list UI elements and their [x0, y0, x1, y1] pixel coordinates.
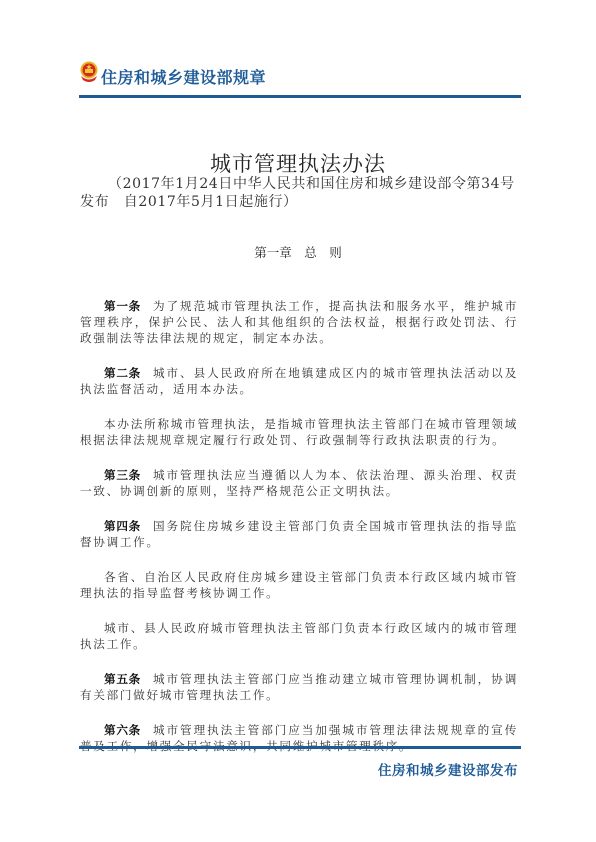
- article-label: 第六条: [104, 723, 141, 737]
- article-text: 城市管理执法主管部门应当推动建立城市管理协调机制，协调有关部门做好城市管理执法工…: [80, 672, 518, 702]
- article-paragraph: 第一条为了规范城市管理执法工作，提高执法和服务水平，维护城市管理秩序，保护公民、…: [80, 298, 518, 346]
- article-text: 城市、县人民政府城市管理执法主管部门负责本行政区域内的城市管理执法工作。: [80, 621, 518, 651]
- page-header: 住房和城乡建设部规章: [79, 58, 521, 98]
- article-label: 第一条: [104, 299, 141, 313]
- article-text: 为了规范城市管理执法工作，提高执法和服务水平，维护城市管理秩序，保护公民、法人和…: [80, 299, 518, 345]
- article-paragraph: 第四条国务院住房城乡建设主管部门负责全国城市管理执法的指导监督协调工作。: [80, 518, 518, 550]
- document-title: 城市管理执法办法: [0, 148, 596, 178]
- article-paragraph: 第二条城市、县人民政府所在地镇建成区内的城市管理执法活动以及执法监督活动，适用本…: [80, 365, 518, 397]
- article-paragraph: 本办法所称城市管理执法，是指城市管理执法主管部门在城市管理领域根据法律法规规章规…: [80, 416, 518, 448]
- article-text: 城市管理执法应当遵循以人为本、依法治理、源头治理、权责一致、协调创新的原则，坚持…: [80, 468, 518, 498]
- footer-divider: [79, 746, 521, 749]
- article-label: 第五条: [104, 672, 141, 686]
- chapter-heading: 第一章 总 则: [0, 243, 596, 261]
- article-text: 城市、县人民政府所在地镇建成区内的城市管理执法活动以及执法监督活动，适用本办法。: [80, 366, 518, 396]
- article-paragraph: 第六条城市管理执法主管部门应当加强城市管理法律法规规章的宣传普及工作，增强全民守…: [80, 722, 518, 754]
- article-paragraph: 第五条城市管理执法主管部门应当推动建立城市管理协调机制，协调有关部门做好城市管理…: [80, 671, 518, 703]
- article-paragraph: 第三条城市管理执法应当遵循以人为本、依法治理、源头治理、权责一致、协调创新的原则…: [80, 467, 518, 499]
- article-paragraph: 各省、自治区人民政府住房城乡建设主管部门负责本行政区域内城市管理执法的指导监督考…: [80, 569, 518, 601]
- article-text: 国务院住房城乡建设主管部门负责全国城市管理执法的指导监督协调工作。: [80, 519, 518, 549]
- article-text: 各省、自治区人民政府住房城乡建设主管部门负责本行政区域内城市管理执法的指导监督考…: [80, 570, 518, 600]
- header-divider: [79, 95, 521, 98]
- article-paragraph: 城市、县人民政府城市管理执法主管部门负责本行政区域内的城市管理执法工作。: [80, 620, 518, 652]
- article-text: 本办法所称城市管理执法，是指城市管理执法主管部门在城市管理领域根据法律法规规章规…: [80, 417, 518, 447]
- article-label: 第二条: [104, 366, 141, 380]
- document-subtitle: （2017年1月24日中华人民共和国住房和城乡建设部令第34号发布 自2017年…: [80, 175, 520, 211]
- header-title: 住房和城乡建设部规章: [101, 65, 266, 88]
- document-body: 第一条为了规范城市管理执法工作，提高执法和服务水平，维护城市管理秩序，保护公民、…: [80, 298, 518, 773]
- footer-publisher: 住房和城乡建设部发布: [378, 759, 518, 779]
- article-label: 第三条: [104, 468, 141, 482]
- article-label: 第四条: [104, 519, 141, 533]
- national-emblem-icon: [79, 61, 99, 83]
